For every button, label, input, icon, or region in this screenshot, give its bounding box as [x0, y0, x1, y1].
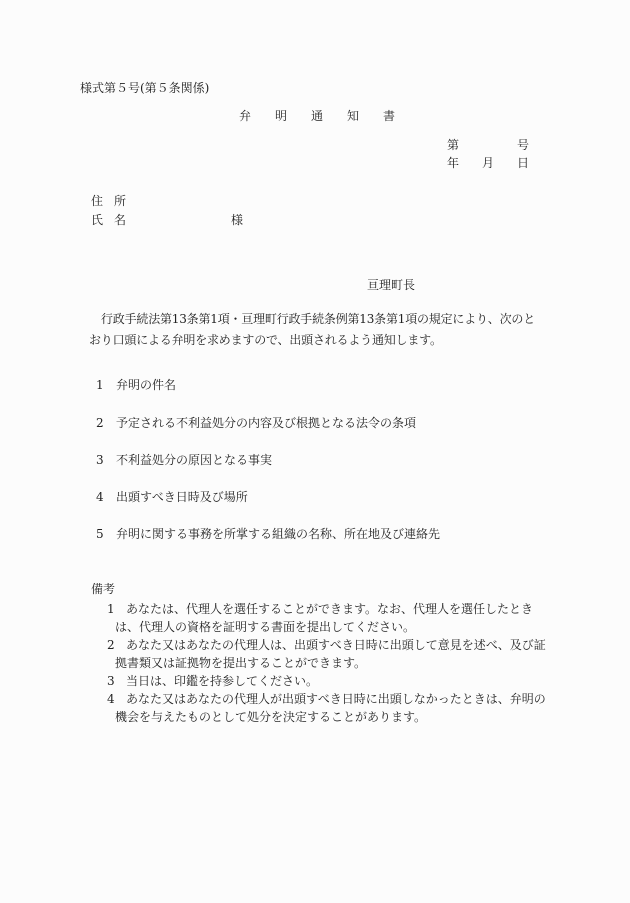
item-text: 弁明に関する事務を所掌する組織の名称、所在地及び連絡先 — [116, 527, 440, 541]
list-item: 5弁明に関する事務を所掌する組織の名称、所在地及び連絡先 — [96, 527, 440, 541]
label-char: 氏 — [91, 213, 114, 227]
remark-text: 当日は、印鑑を持参してください。 — [126, 674, 318, 688]
date-day: 日 — [517, 156, 529, 170]
title-char: 知 — [347, 109, 383, 123]
date-line: 年月日 — [447, 156, 529, 170]
remark-text: あなた又はあなたの代理人は、出頭すべき日時に出頭して意見を述べ、及び証拠書類又は… — [115, 638, 546, 670]
issuer: 亘理町長 — [367, 278, 415, 292]
remark-number: 2 — [107, 636, 126, 654]
title-char: 明 — [275, 109, 311, 123]
remark-item: 3当日は、印鑑を持参してください。 — [107, 672, 557, 690]
item-number: 4 — [96, 490, 116, 504]
document-title: 弁明通知書 — [239, 109, 419, 123]
list-item: 4出頭すべき日時及び場所 — [96, 490, 248, 504]
label-char: 名 — [114, 213, 126, 227]
remark-item: 2あなた又はあなたの代理人は、出頭すべき日時に出頭して意見を述べ、及び証拠書類又… — [107, 636, 557, 672]
title-char: 弁 — [239, 109, 275, 123]
item-text: 不利益処分の原因となる事実 — [116, 453, 272, 467]
name-label: 氏名 — [91, 213, 126, 227]
number-prefix: 第 — [447, 138, 517, 152]
body-paragraph: 行政手続法第13条第1項・亘理町行政手続条例第13条第1項の規定により、次のとお… — [89, 309, 544, 351]
label-char: 所 — [114, 194, 126, 208]
item-number: 3 — [96, 453, 116, 467]
address-label: 住所 — [91, 194, 126, 208]
number-suffix: 号 — [517, 138, 529, 152]
remark-item: 1あなたは、代理人を選任することができます。なお、代理人を選任したときは、代理人… — [107, 600, 557, 636]
document-number-line: 第号 — [447, 138, 529, 152]
remark-item: 4あなた又はあなたの代理人が出頭すべき日時に出頭しなかったときは、弁明の機会を与… — [107, 690, 557, 726]
remark-number: 1 — [107, 600, 126, 618]
date-month: 月 — [482, 156, 517, 170]
item-number: 1 — [96, 378, 116, 392]
item-number: 2 — [96, 416, 116, 430]
remark-number: 4 — [107, 690, 126, 708]
remarks-heading: 備考 — [91, 582, 115, 596]
list-item: 2予定される不利益処分の内容及び根拠となる法令の条項 — [96, 416, 416, 430]
item-text: 弁明の件名 — [116, 378, 176, 392]
date-year: 年 — [447, 156, 482, 170]
item-text: 出頭すべき日時及び場所 — [116, 490, 248, 504]
honorific: 様 — [231, 213, 243, 227]
remark-number: 3 — [107, 672, 126, 690]
remarks-list: 1あなたは、代理人を選任することができます。なお、代理人を選任したときは、代理人… — [107, 600, 557, 726]
form-number: 様式第５号(第５条関係) — [80, 81, 209, 95]
label-char: 住 — [91, 194, 114, 208]
remark-text: あなたは、代理人を選任することができます。なお、代理人を選任したときは、代理人の… — [115, 602, 533, 634]
title-char: 通 — [311, 109, 347, 123]
title-char: 書 — [383, 109, 419, 123]
list-item: 3不利益処分の原因となる事実 — [96, 453, 272, 467]
item-number: 5 — [96, 527, 116, 541]
remark-text: あなた又はあなたの代理人が出頭すべき日時に出頭しなかったときは、弁明の機会を与え… — [115, 692, 546, 724]
list-item: 1弁明の件名 — [96, 378, 176, 392]
item-text: 予定される不利益処分の内容及び根拠となる法令の条項 — [116, 416, 416, 430]
